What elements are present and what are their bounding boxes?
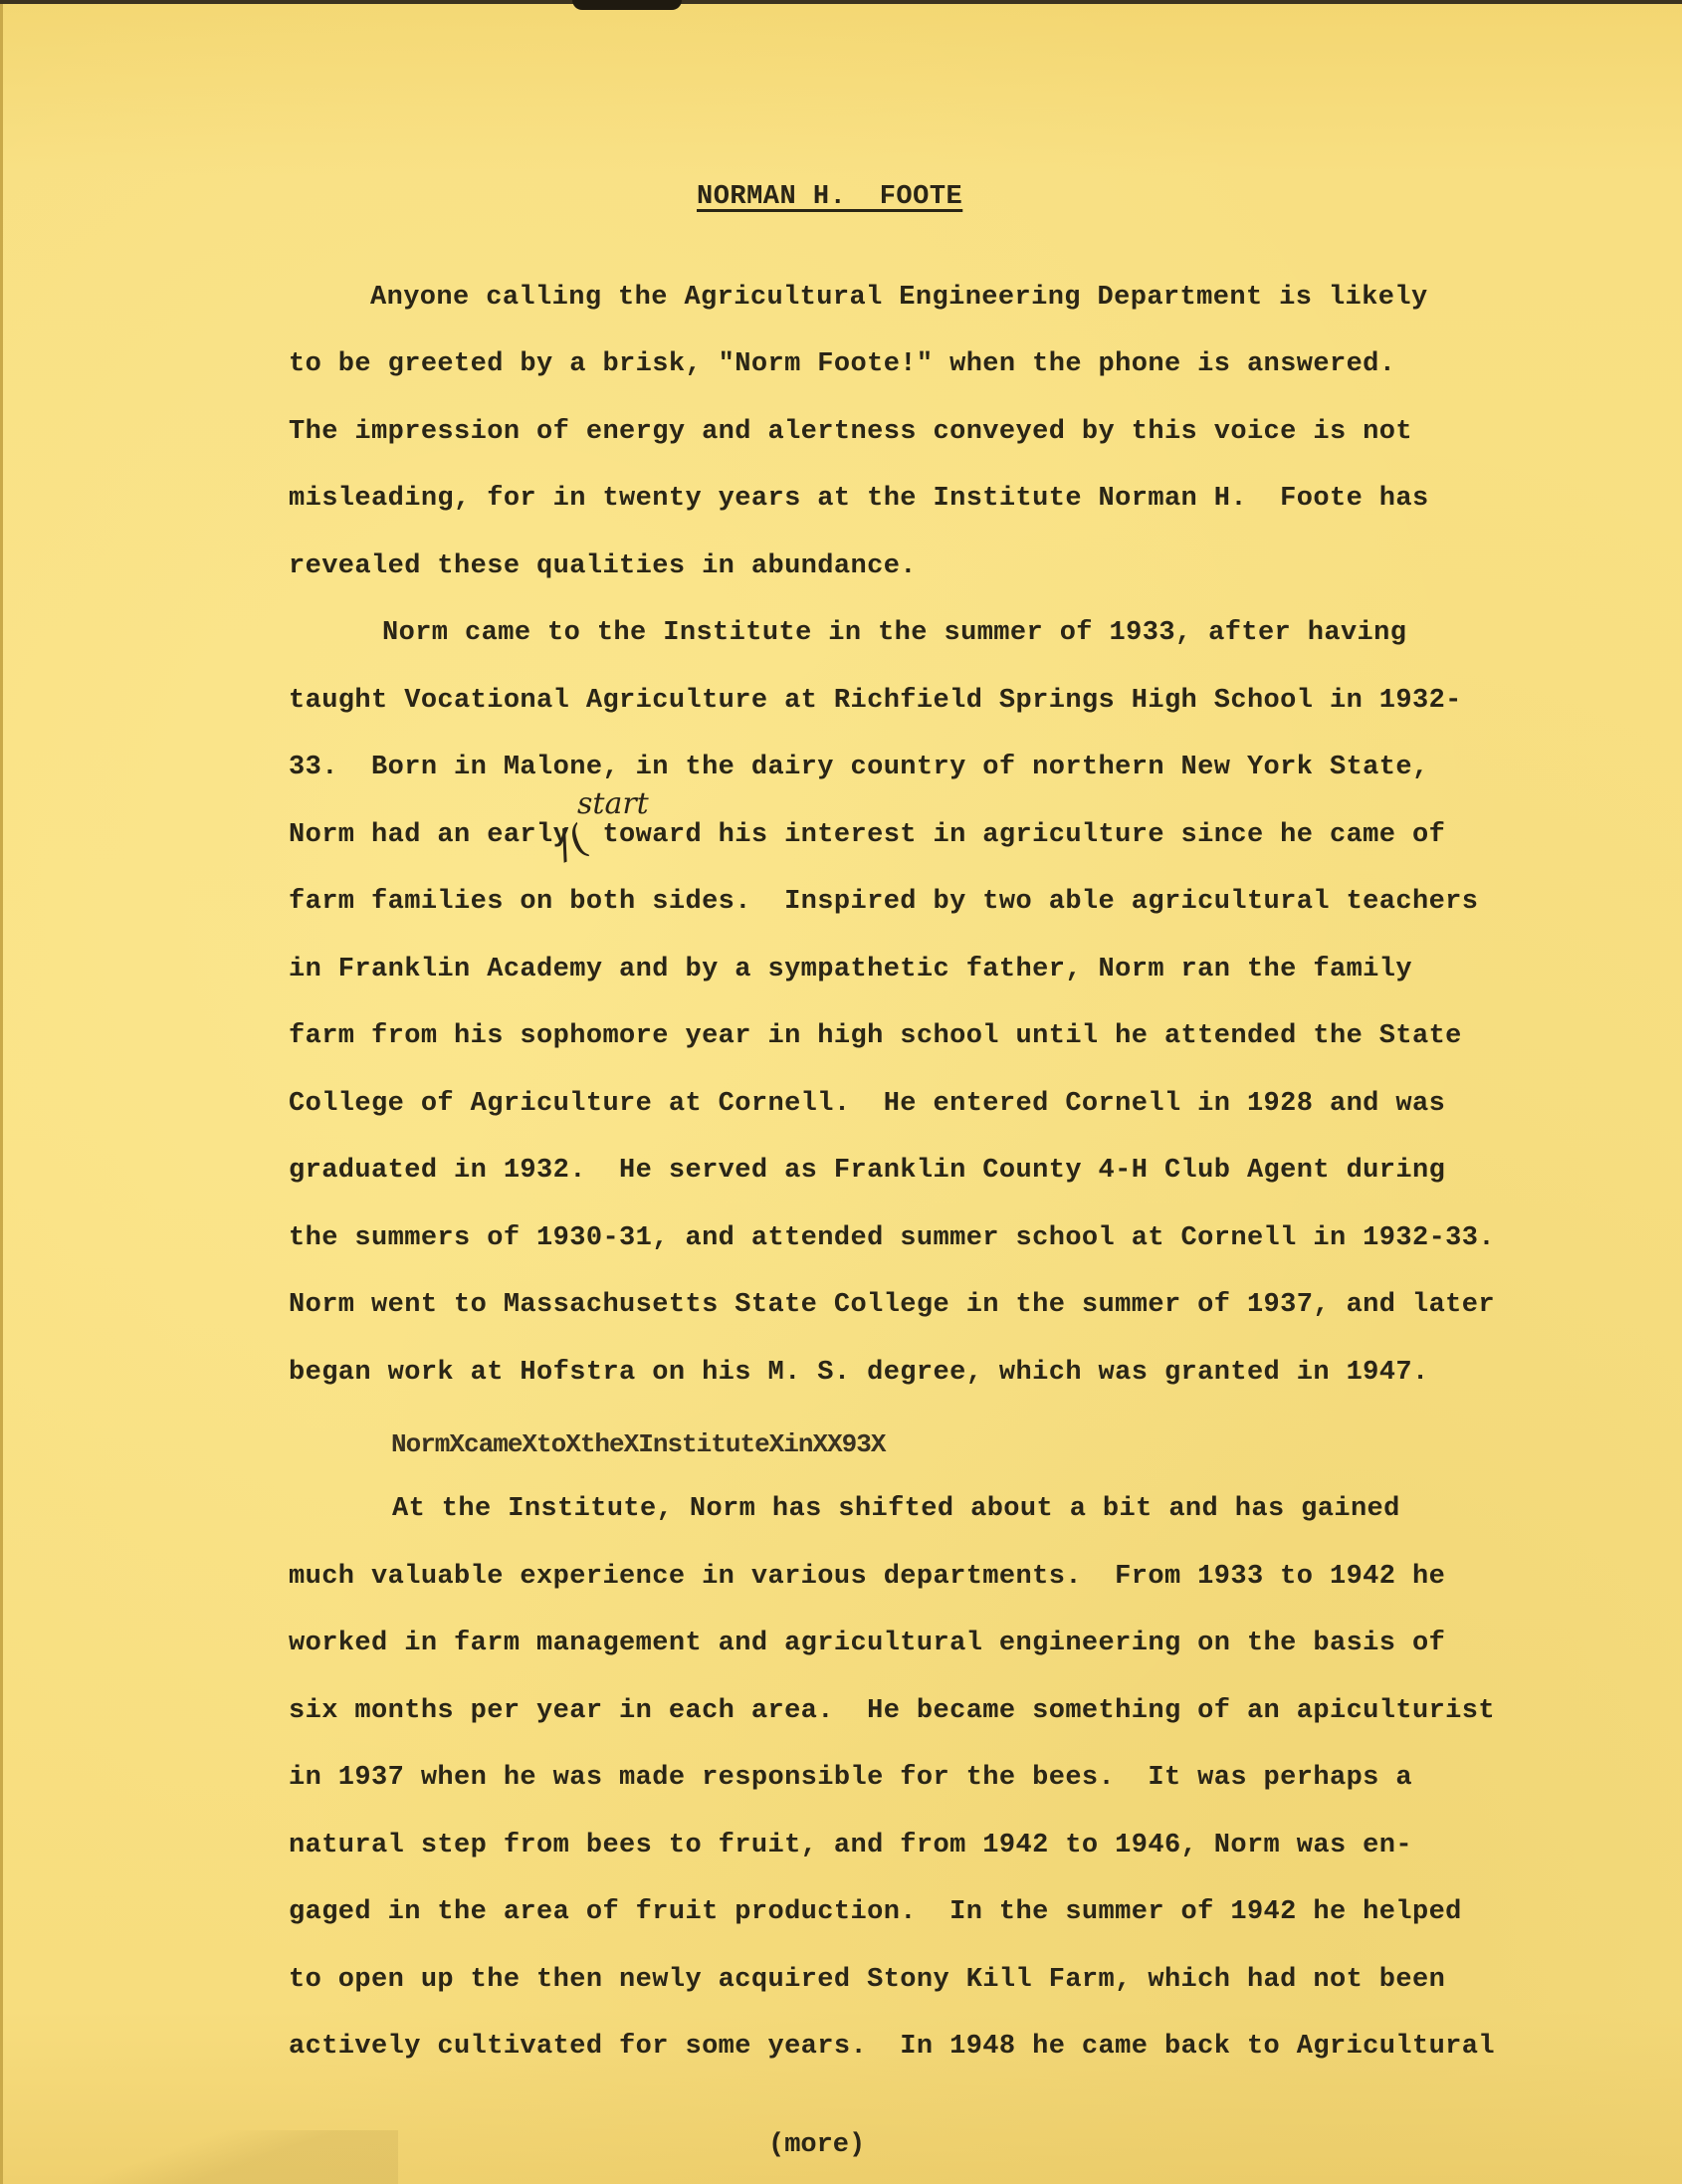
text-line: Norm went to Massachusetts State College… <box>289 1289 1495 1321</box>
text-line: began work at Hofstra on his M. S. degre… <box>289 1357 1429 1389</box>
continued-footer: (more) <box>768 2130 865 2160</box>
handwritten-insertion: start <box>577 786 649 821</box>
text-line: farm families on both sides. Inspired by… <box>289 886 1478 918</box>
text-line: revealed these qualities in abundance. <box>289 550 917 582</box>
text-line: in Franklin Academy and by a sympathetic… <box>289 954 1412 985</box>
text-line: taught Vocational Agriculture at Richfie… <box>289 685 1462 717</box>
text-line: Anyone calling the Agricultural Engineer… <box>370 282 1428 314</box>
text-line: graduated in 1932. He served as Franklin… <box>289 1155 1445 1187</box>
page-top-edge <box>0 0 1682 4</box>
text-line: to open up the then newly acquired Stony… <box>289 1964 1445 1996</box>
text-line: natural step from bees to fruit, and fro… <box>289 1830 1412 1861</box>
text-line: misleading, for in twenty years at the I… <box>289 483 1429 515</box>
text-line: gaged in the area of fruit production. I… <box>289 1896 1462 1928</box>
text-line: At the Institute, Norm has shifted about… <box>392 1493 1400 1525</box>
text-line: the summers of 1930-31, and attended sum… <box>289 1222 1495 1254</box>
text-line: 33. Born in Malone, in the dairy country… <box>289 752 1429 783</box>
text-line: six months per year in each area. He bec… <box>289 1695 1495 1727</box>
text-line: actively cultivated for some years. In 1… <box>289 2031 1495 2063</box>
text-line: to be greeted by a brisk, "Norm Foote!" … <box>289 348 1395 380</box>
paper-shadow <box>0 2130 398 2184</box>
text-line: Norm had an early toward his interest in… <box>289 819 1445 851</box>
text-line: in 1937 when he was made responsible for… <box>289 1762 1412 1794</box>
text-line: College of Agriculture at Cornell. He en… <box>289 1088 1445 1120</box>
document-title: NORMAN H. FOOTE <box>697 182 962 212</box>
struck-out-line: NormXcameXtoXtheXInstituteXinXX93X <box>391 1429 886 1459</box>
text-line: The impression of energy and alertness c… <box>289 416 1412 448</box>
text-line: worked in farm management and agricultur… <box>289 1628 1445 1659</box>
text-line: much valuable experience in various depa… <box>289 1561 1445 1593</box>
staple-mark <box>572 0 682 10</box>
text-line: farm from his sophomore year in high sch… <box>289 1020 1462 1052</box>
text-line: Norm came to the Institute in the summer… <box>382 617 1406 649</box>
